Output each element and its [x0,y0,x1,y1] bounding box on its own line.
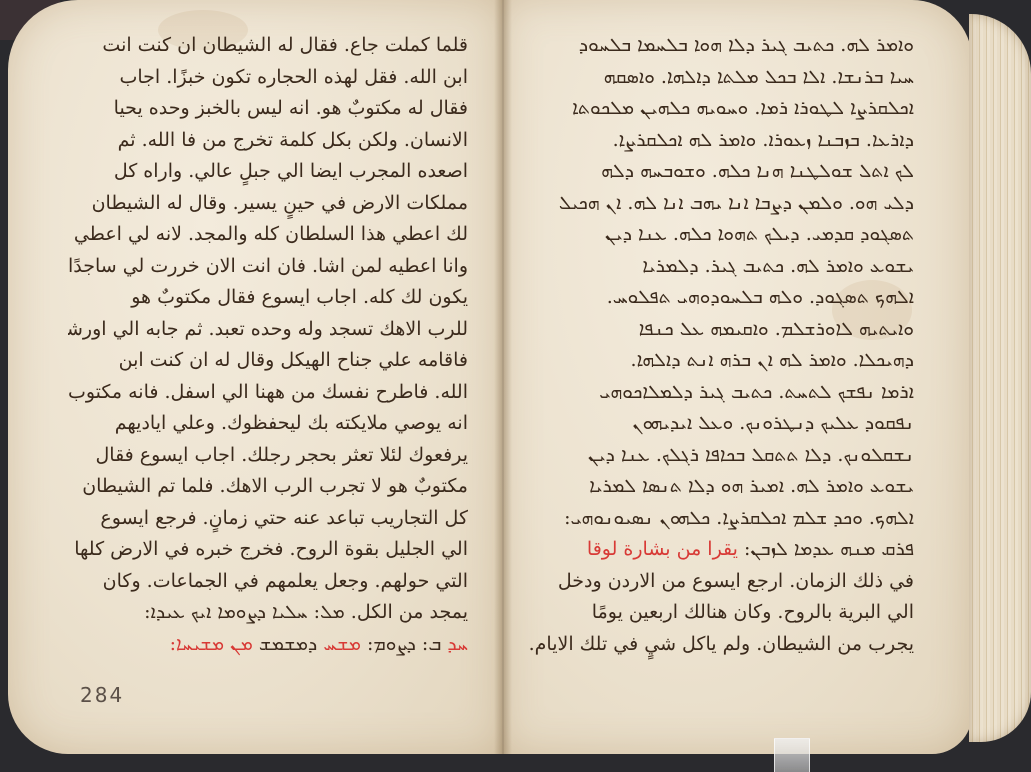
page-edges [969,14,1031,742]
text-line: يجرب من الشيطان. ولم ياكل شيٍ في تلك الا… [522,629,914,661]
left-page-text: قلما كملت جاع. فقال له الشيطان ان كنت ان… [68,30,468,660]
text-line: يكون لك كله. اجاب ايسوع فقال مكتوبٌ هو [68,282,468,314]
text-line: ܐܪܡܐ ܢܦܫܟ ܠܬܚܬ. ܟܬܝܒ ܓܝܪ ܕܠܡܠܐܟܘܗܝ [522,377,914,409]
text-line: ܝܫܘܥ ܘܐܡܪ ܠܗ. ܟܬܝܒ ܓܝܪ. ܕܠܡܪܝܐ [522,251,914,283]
text-line: ܐܠܗܟ. ܘܟܕ ܫܠܡ ܐܟܠܩܪܨܐ. ܟܠܗܘܢ ܢܣܝܘܢܘܗܝ: [522,503,914,535]
text-line: مملكات الارض في حينٍ يسير. وقال له الشيط… [68,188,468,220]
text-line: ܬܣܓܘܕ ܩܕܡܝ. ܕܝܠܟ ܬܗܘܐ ܟܠܗ. ܥܢܐ ܕܝܢ [522,219,914,251]
text-line: ܕܐܪܥܐ. ܒܙܒܢܐ ܙܥܘܪܐ. ܘܐܡܪ ܠܗ ܐܟܠܩܪܨܐ. [522,125,914,157]
text-line: ܢܦܩܘܕ ܥܠܝܟ ܕܢܛܪܘܢܟ. ܘܥܠ ܐܝܕܝܗܘܢ [522,408,914,440]
rubric-red-text: ܚܕ [447,633,468,655]
text-line: في ذلك الزمان. ارجع ايسوع من الاردن ودخل [522,566,914,598]
text-line: ܠܟ ܐܬܠ ܫܘܠܛܢܐ ܗܢܐ ܟܠܗ. ܘܫܘܒܚܗ ܕܠܗ [522,156,914,188]
right-page-text: ܘܐܡܪ ܠܗ. ܟܬܝܒ ܓܝܪ ܕܠܐ ܗܘܐ ܒܠܚܡܐ ܒܠܚܘܕ ܚܝ… [522,30,914,660]
rubric-line: ܚܕ ܒ: ܕܨܘܡ: ܡܫܚ ܕܡܫܡܫ ܡܢ ܡܫܝܚܐ: [68,629,468,661]
text-line: للرب الاهك تسجد وله وحده تعبد. ثم جابه ا… [68,314,468,346]
text-line: يرفعوك لئلا تعثر بحجر رجلك. اجاب ايسوع ف… [68,440,468,472]
spine-gutter [494,0,512,754]
text-line: الله. فاطرح نفسك من ههنا الي اسفل. فانه … [68,377,468,409]
heading-text: ܦܪܩ ܡܢܗ ܥܕܡܐ ܠܙܒܢ: [738,538,914,560]
lection-heading: ܦܪܩ ܡܢܗ ܥܕܡܐ ܠܙܒܢ: يقرا من بشارة لوقا [522,534,914,566]
text-line: فاقامه علي جناح الهيكل وقال له ان كنت اب… [68,345,468,377]
text-line: الي البرية بالروح. وكان هنالك اربعين يوم… [522,597,914,629]
text-line: ܕܗܝܟܠܐ. ܘܐܡܪ ܠܗ ܐܢ ܒܪܗ ܐܢܬ ܕܐܠܗܐ. [522,345,914,377]
open-manuscript: قلما كملت جاع. فقال له الشيطان ان كنت ان… [0,0,1031,772]
rubric-text: ܒ: ܕܨܘܡ: [361,633,447,655]
text-line: الانسان. ولكن بكل كلمة تخرج من فا الله. … [68,125,468,157]
rubric-text: ܕܡܫܡܫ [253,633,324,655]
text-line: لك اعطي هذا السلطان كله والمجد. لانه لي … [68,219,468,251]
folio-number: 284 [80,683,124,707]
text-line: الي الجليل بقوة الروح. فخرج خبره في الار… [68,534,468,566]
rubric-red-text: ܡܢ ܡܫܝܚܐ: [170,633,253,655]
text-line: فقال له مكتوبٌ هو. انه ليس بالخبز وحده ي… [68,93,468,125]
text-line: قلما كملت جاع. فقال له الشيطان ان كنت ان… [68,30,468,62]
text-line: ܐܟܠܩܪܨܐ ܠܛܘܪܐ ܪܡܐ. ܘܚܘܝܗ ܟܠܗܝܢ ܡܠܟܘܬܐ [522,93,914,125]
text-line: ܚܝܐ ܒܪܢܫܐ. ܐܠܐ ܒܟܠ ܡܠܬܐ ܕܐܠܗܐ. ܘܐܣܩܗ [522,62,914,94]
page-clip [774,738,810,772]
text-line: اصعده المجرب ايضا الي جبلٍ عالي. واراه ك… [68,156,468,188]
rubric-red-text: ܡܫܚ [323,633,361,655]
text-line: كل التجاريب تباعد عنه حتي زمانٍ. فرجع اي… [68,503,468,535]
text-line: ܕܠܝ ܗܘ. ܘܠܡܢ ܕܨܒܐ ܐܢܐ ܝܗܒ ܐܢܐ ܠܗ. ܐܢ ܗܟܝ… [522,188,914,220]
text-line: وانا اعطيه لمن اشا. فان انت الان خررت لي… [68,251,468,283]
text-line: التي حولهم. وجعل يعلمهم في الجماعات. وكا… [68,566,468,598]
text-line: ܘܐܡܪ ܠܗ. ܟܬܝܒ ܓܝܪ ܕܠܐ ܗܘܐ ܒܠܚܡܐ ܒܠܚܘܕ [522,30,914,62]
text-line: ابن الله. فقل لهذه الحجاره تكون خبزًا. ا… [68,62,468,94]
text-line: مكتوبٌ هو لا تجرب الرب الاهك. فلما تم ال… [68,471,468,503]
text-line: انه يوصي ملايكته بك ليحفظوك. وعلي اياديه… [68,408,468,440]
text-line: ܘܐܝܬܝܗ ܠܐܘܪܫܠܡ. ܘܐܩܝܡܗ ܥܠ ܟܢܦܐ [522,314,914,346]
text-line: يمجد من الكل. ܡܠ: ܚܠܝܐ ܕܨܘܡܐ ܐܝܟ ܥܝܕܐ: [68,597,468,629]
text-line: ܐܠܗܟ ܬܣܓܘܕ. ܘܠܗ ܒܠܚܘܕܘܗܝ ܬܦܠܘܚ. [522,282,914,314]
text-line: ܢܫܩܠܘܢܟ. ܕܠܐ ܬܬܩܠ ܒܟܐܦܐ ܪܓܠܟ. ܥܢܐ ܕܝܢ [522,440,914,472]
text-line: ܝܫܘܥ ܘܐܡܪ ܠܗ. ܐܡܝܪ ܗܘ ܕܠܐ ܬܢܣܐ ܠܡܪܝܐ [522,471,914,503]
heading-red-text: يقرا من بشارة لوقا [587,538,738,560]
